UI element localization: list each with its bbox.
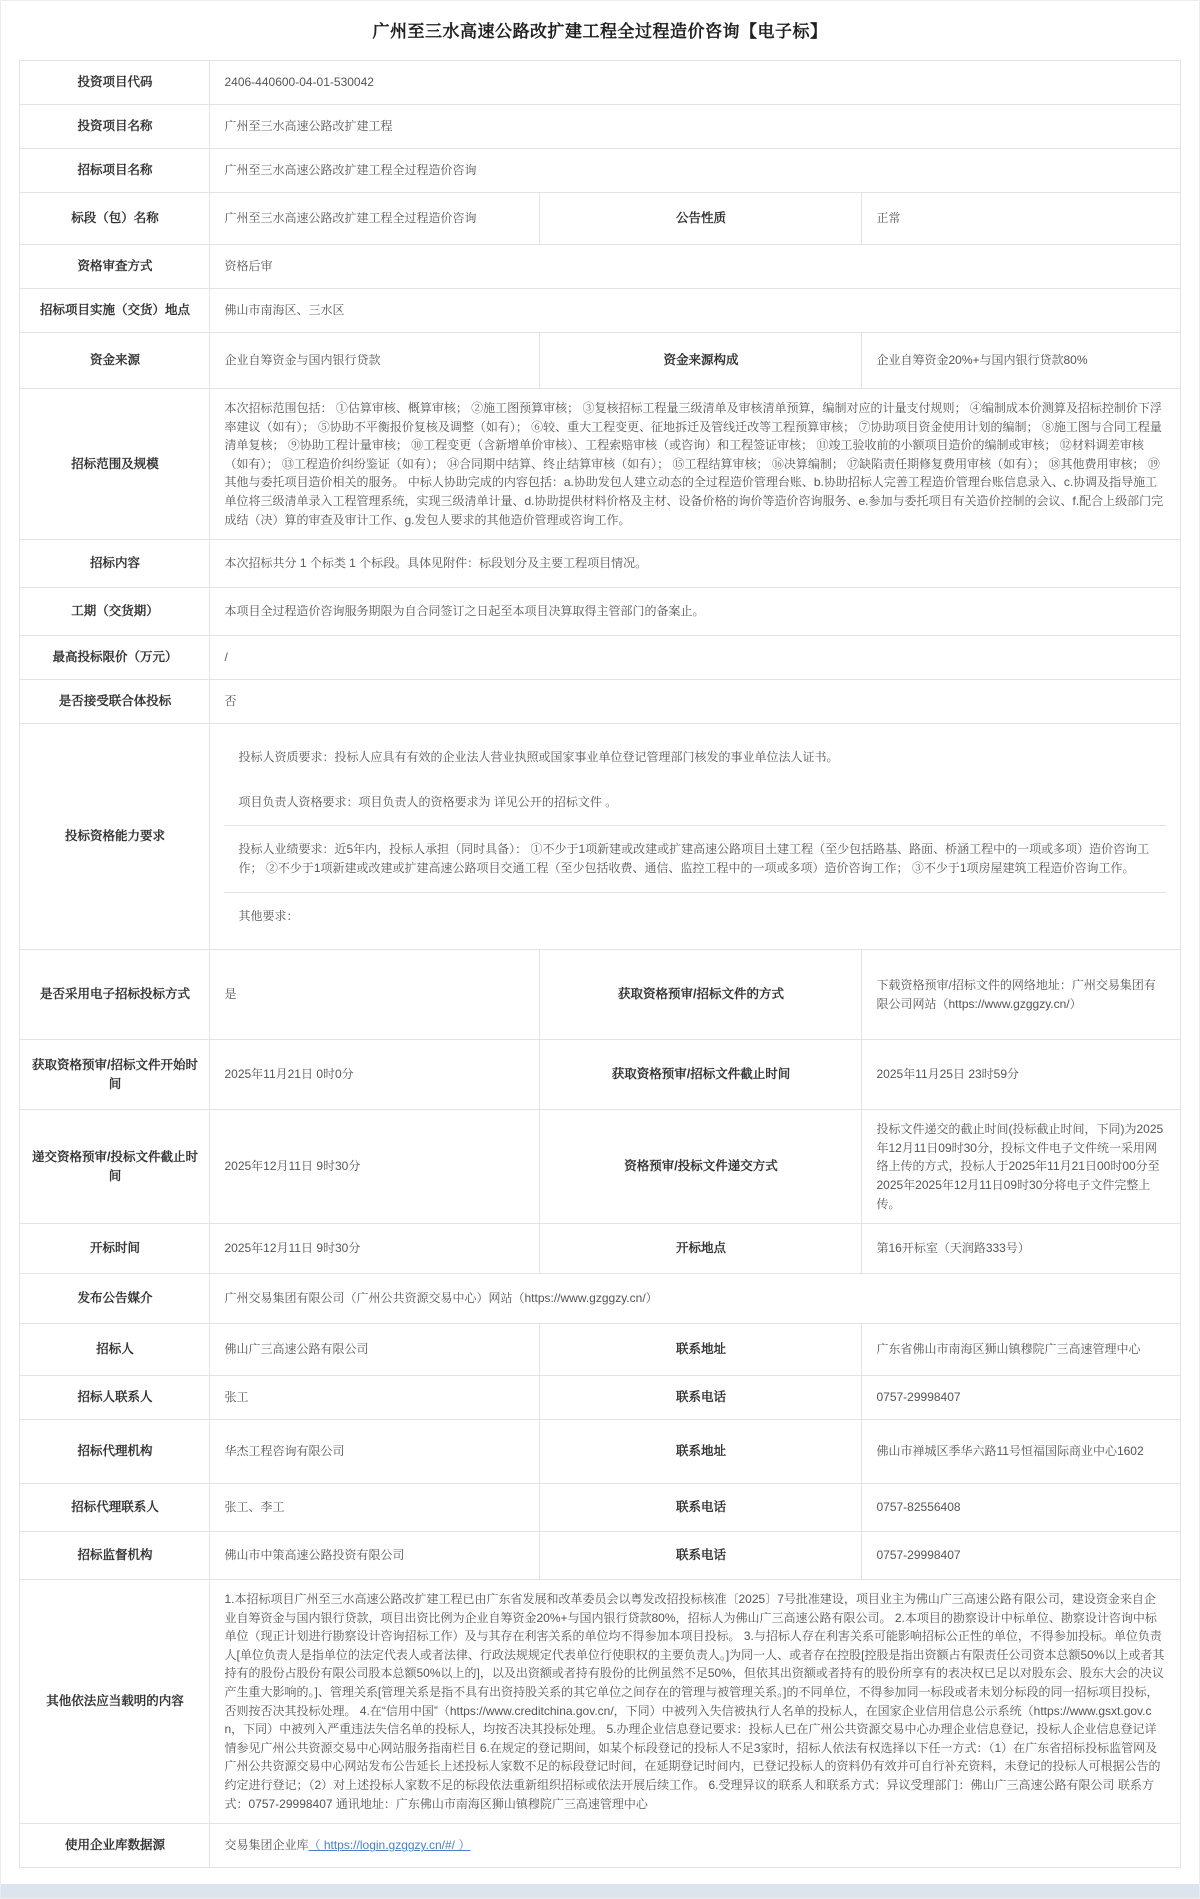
funding-composition-label: 资金来源构成 bbox=[540, 333, 862, 389]
location-label: 招标项目实施（交货）地点 bbox=[20, 289, 210, 333]
invest-name-value: 广州至三水高速公路改扩建工程 bbox=[210, 105, 1180, 149]
supervisor-phone-label: 联系电话 bbox=[540, 1532, 862, 1580]
footer-strip bbox=[1, 1884, 1199, 1898]
db-source-text: 交易集团企业库 bbox=[224, 1838, 308, 1852]
invest-name-label: 投资项目名称 bbox=[20, 105, 210, 149]
e-bidding-value: 是 bbox=[210, 950, 540, 1040]
tenderer-address-value: 广东省佛山市南海区狮山镇穆院广三高速管理中心 bbox=[862, 1324, 1180, 1376]
row-content: 招标内容 本次招标共分 1 个标类 1 个标段。具体见附件：标段划分及主要工程项… bbox=[20, 540, 1180, 588]
tenderer-label: 招标人 bbox=[20, 1324, 210, 1376]
row-invest-code: 投资项目代码 2406-440600-04-01-530042 bbox=[20, 61, 1180, 105]
row-tenderer-contact: 招标人联系人 张工 联系电话 0757-29998407 bbox=[20, 1376, 1180, 1420]
e-bidding-label: 是否采用电子招标投标方式 bbox=[20, 950, 210, 1040]
tenderer-contact-value: 张工 bbox=[210, 1376, 540, 1420]
row-doc-time: 获取资格预审/招标文件开始时间 2025年11月21日 0时0分 获取资格预审/… bbox=[20, 1040, 1180, 1110]
section-value: 广州至三水高速公路改扩建工程全过程造价咨询 bbox=[210, 193, 540, 245]
doc-end-time-label: 获取资格预审/招标文件截止时间 bbox=[540, 1040, 862, 1110]
doc-start-time-value: 2025年11月21日 0时0分 bbox=[210, 1040, 540, 1110]
notice-nature-label: 公告性质 bbox=[540, 193, 862, 245]
row-location: 招标项目实施（交货）地点 佛山市南海区、三水区 bbox=[20, 289, 1180, 333]
page-title: 广州至三水高速公路改扩建工程全过程造价咨询【电子标】 bbox=[1, 1, 1199, 60]
submit-deadline-value: 2025年12月11日 9时30分 bbox=[210, 1110, 540, 1224]
row-max-price: 最高投标限价（万元） / bbox=[20, 636, 1180, 680]
row-e-bidding: 是否采用电子招标投标方式 是 获取资格预审/招标文件的方式 下载资格预审/招标文… bbox=[20, 950, 1180, 1040]
supervisor-label: 招标监督机构 bbox=[20, 1532, 210, 1580]
max-price-label: 最高投标限价（万元） bbox=[20, 636, 210, 680]
other-requirements: 其他要求： bbox=[224, 893, 1165, 940]
opening-place-label: 开标地点 bbox=[540, 1224, 862, 1274]
row-submit-deadline: 递交资格预审/投标文件截止时间 2025年12月11日 9时30分 资格预审/投… bbox=[20, 1110, 1180, 1224]
row-media: 发布公告媒介 广州交易集团有限公司（广州公共资源交易中心）网站（https://… bbox=[20, 1274, 1180, 1324]
agency-phone-value: 0757-82556408 bbox=[862, 1484, 1180, 1532]
agency-label: 招标代理机构 bbox=[20, 1420, 210, 1484]
bidder-performance-requirement: 投标人业绩要求：近5年内，投标人承担（同时具备）： ①不少于1项新建或改建或扩建… bbox=[224, 826, 1165, 892]
duration-value: 本项目全过程造价咨询服务期限为自合同签订之日起至本项目决算取得主管部门的备案止。 bbox=[210, 588, 1180, 636]
row-qualification-requirements: 投标资格能力要求 投标人资质要求：投标人应具有有效的企业法人营业执照或国家事业单… bbox=[20, 724, 1180, 950]
funding-label: 资金来源 bbox=[20, 333, 210, 389]
media-label: 发布公告媒介 bbox=[20, 1274, 210, 1324]
doc-end-time-value: 2025年11月25日 23时59分 bbox=[862, 1040, 1180, 1110]
row-section: 标段（包）名称 广州至三水高速公路改扩建工程全过程造价咨询 公告性质 正常 bbox=[20, 193, 1180, 245]
row-tenderer: 招标人 佛山广三高速公路有限公司 联系地址 广东省佛山市南海区狮山镇穆院广三高速… bbox=[20, 1324, 1180, 1376]
row-other-legal-content: 其他依法应当载明的内容 1.本招标项目广州至三水高速公路改扩建工程已由广东省发展… bbox=[20, 1580, 1180, 1824]
tender-name-value: 广州至三水高速公路改扩建工程全过程造价咨询 bbox=[210, 149, 1180, 193]
content-label: 招标内容 bbox=[20, 540, 210, 588]
tenderer-phone-label: 联系电话 bbox=[540, 1376, 862, 1420]
funding-value: 企业自筹资金与国内银行贷款 bbox=[210, 333, 540, 389]
row-scope: 招标范围及规模 本次招标范围包括： ①估算审核、概算审核； ②施工图预算审核； … bbox=[20, 389, 1180, 540]
location-value: 佛山市南海区、三水区 bbox=[210, 289, 1180, 333]
agency-address-value: 佛山市禅城区季华六路11号恒福国际商业中心1602 bbox=[862, 1420, 1180, 1484]
db-source-label: 使用企业库数据源 bbox=[20, 1824, 210, 1868]
scope-value: 本次招标范围包括： ①估算审核、概算审核； ②施工图预算审核； ③复核招标工程量… bbox=[210, 389, 1180, 540]
row-funding: 资金来源 企业自筹资金与国内银行贷款 资金来源构成 企业自筹资金20%+与国内银… bbox=[20, 333, 1180, 389]
row-agency-contact: 招标代理联系人 张工、李工 联系电话 0757-82556408 bbox=[20, 1484, 1180, 1532]
tenderer-phone-value: 0757-29998407 bbox=[862, 1376, 1180, 1420]
agency-address-label: 联系地址 bbox=[540, 1420, 862, 1484]
opening-time-label: 开标时间 bbox=[20, 1224, 210, 1274]
section-label: 标段（包）名称 bbox=[20, 193, 210, 245]
invest-code-label: 投资项目代码 bbox=[20, 61, 210, 105]
notice-nature-value: 正常 bbox=[862, 193, 1180, 245]
agency-contact-label: 招标代理联系人 bbox=[20, 1484, 210, 1532]
content-value: 本次招标共分 1 个标类 1 个标段。具体见附件：标段划分及主要工程项目情况。 bbox=[210, 540, 1180, 588]
agency-phone-label: 联系电话 bbox=[540, 1484, 862, 1532]
agency-contact-value: 张工、李工 bbox=[210, 1484, 540, 1532]
supervisor-value: 佛山市中策高速公路投资有限公司 bbox=[210, 1532, 540, 1580]
tender-announcement-page: 广州至三水高速公路改扩建工程全过程造价咨询【电子标】 投资项目代码 2406-4… bbox=[0, 0, 1200, 1899]
qualification-license-section: 投标人资质要求：投标人应具有有效的企业法人营业执照或国家事业单位登记管理部门核发… bbox=[224, 734, 1165, 826]
project-leader-requirement: 项目负责人资格要求：项目负责人的资格要求为 详见公开的招标文件 。 bbox=[238, 793, 1151, 812]
other-legal-content-label: 其他依法应当载明的内容 bbox=[20, 1580, 210, 1824]
qualification-method-value: 资格后审 bbox=[210, 245, 1180, 289]
submit-deadline-label: 递交资格预审/投标文件截止时间 bbox=[20, 1110, 210, 1224]
funding-composition-value: 企业自筹资金20%+与国内银行贷款80% bbox=[862, 333, 1180, 389]
agency-value: 华杰工程咨询有限公司 bbox=[210, 1420, 540, 1484]
submit-method-value: 投标文件递交的截止时间(投标截止时间，下同)为2025年12月11日09时30分… bbox=[862, 1110, 1180, 1224]
qualification-requirements-label: 投标资格能力要求 bbox=[20, 724, 210, 950]
consortium-label: 是否接受联合体投标 bbox=[20, 680, 210, 724]
invest-code-value: 2406-440600-04-01-530042 bbox=[210, 61, 1180, 105]
opening-place-value: 第16开标室（天润路333号） bbox=[862, 1224, 1180, 1274]
row-duration: 工期（交货期） 本项目全过程造价咨询服务期限为自合同签订之日起至本项目决算取得主… bbox=[20, 588, 1180, 636]
db-source-link[interactable]: （ https://login.gzggzy.cn/#/ ） bbox=[309, 1838, 471, 1852]
max-price-value: / bbox=[210, 636, 1180, 680]
row-agency: 招标代理机构 华杰工程咨询有限公司 联系地址 佛山市禅城区季华六路11号恒福国际… bbox=[20, 1420, 1180, 1484]
qualification-requirements-value: 投标人资质要求：投标人应具有有效的企业法人营业执照或国家事业单位登记管理部门核发… bbox=[210, 724, 1180, 950]
tenderer-value: 佛山广三高速公路有限公司 bbox=[210, 1324, 540, 1376]
doc-obtain-method-value: 下载资格预审/招标文件的网络地址：广州交易集团有限公司网站（https://ww… bbox=[862, 950, 1180, 1040]
scope-label: 招标范围及规模 bbox=[20, 389, 210, 540]
submit-method-label: 资格预审/投标文件递交方式 bbox=[540, 1110, 862, 1224]
row-supervisor: 招标监督机构 佛山市中策高速公路投资有限公司 联系电话 0757-2999840… bbox=[20, 1532, 1180, 1580]
consortium-value: 否 bbox=[210, 680, 1180, 724]
row-db-source: 使用企业库数据源 交易集团企业库（ https://login.gzggzy.c… bbox=[20, 1824, 1180, 1868]
supervisor-phone-value: 0757-29998407 bbox=[862, 1532, 1180, 1580]
row-tender-name: 招标项目名称 广州至三水高速公路改扩建工程全过程造价咨询 bbox=[20, 149, 1180, 193]
bidder-license-requirement: 投标人资质要求：投标人应具有有效的企业法人营业执照或国家事业单位登记管理部门核发… bbox=[238, 748, 1151, 767]
tender-name-label: 招标项目名称 bbox=[20, 149, 210, 193]
opening-time-value: 2025年12月11日 9时30分 bbox=[210, 1224, 540, 1274]
row-qualification-method: 资格审查方式 资格后审 bbox=[20, 245, 1180, 289]
doc-obtain-method-label: 获取资格预审/招标文件的方式 bbox=[540, 950, 862, 1040]
row-invest-name: 投资项目名称 广州至三水高速公路改扩建工程 bbox=[20, 105, 1180, 149]
tenderer-contact-label: 招标人联系人 bbox=[20, 1376, 210, 1420]
qualification-method-label: 资格审查方式 bbox=[20, 245, 210, 289]
row-consortium: 是否接受联合体投标 否 bbox=[20, 680, 1180, 724]
announcement-table: 投资项目代码 2406-440600-04-01-530042 投资项目名称 广… bbox=[19, 60, 1180, 1868]
media-value: 广州交易集团有限公司（广州公共资源交易中心）网站（https://www.gzg… bbox=[210, 1274, 1180, 1324]
other-legal-content-value: 1.本招标项目广州至三水高速公路改扩建工程已由广东省发展和改革委员会以粤发改招投… bbox=[210, 1580, 1180, 1824]
tenderer-address-label: 联系地址 bbox=[540, 1324, 862, 1376]
duration-label: 工期（交货期） bbox=[20, 588, 210, 636]
row-opening: 开标时间 2025年12月11日 9时30分 开标地点 第16开标室（天润路33… bbox=[20, 1224, 1180, 1274]
db-source-value: 交易集团企业库（ https://login.gzggzy.cn/#/ ） bbox=[210, 1824, 1180, 1868]
doc-start-time-label: 获取资格预审/招标文件开始时间 bbox=[20, 1040, 210, 1110]
